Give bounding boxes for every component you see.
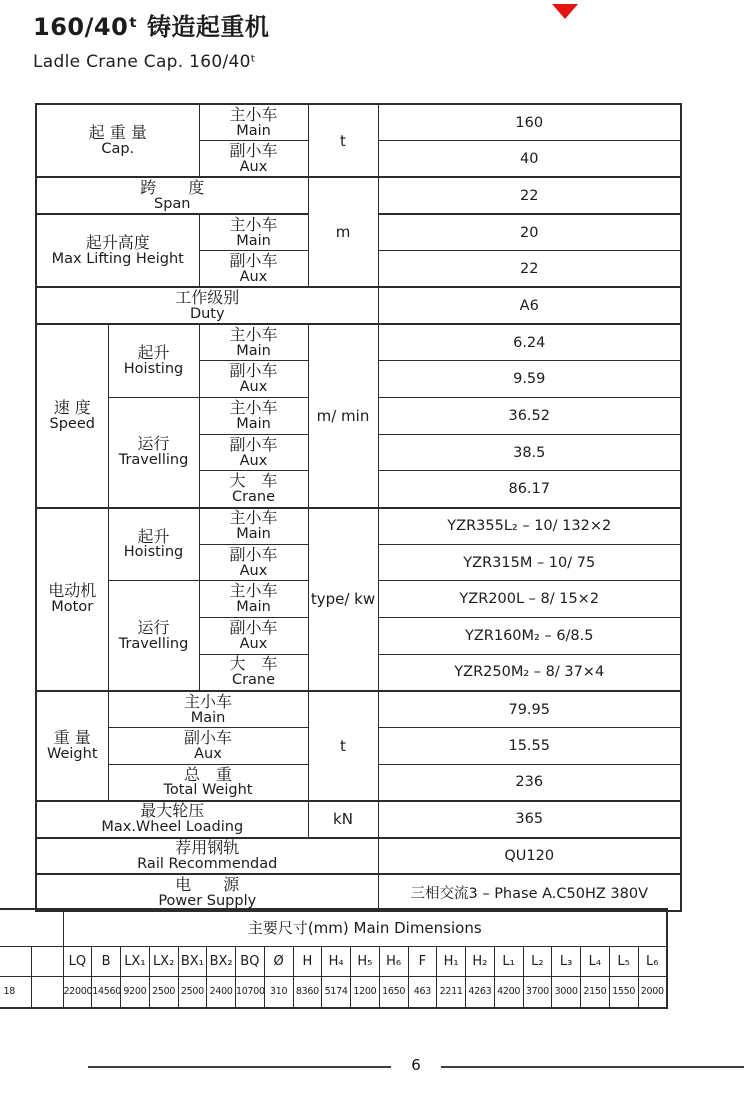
weight-main-value: 79.95 xyxy=(378,691,681,728)
duty-value: A6 xyxy=(378,287,681,324)
dim-header: H₄ xyxy=(322,946,351,976)
weight-main-label: 主小车 Main xyxy=(108,691,308,728)
dimensions-table: 主要尺寸(mm) Main Dimensions LQ B LX₁ LX₂ BX… xyxy=(0,908,668,1009)
dim-header: L₆ xyxy=(638,946,667,976)
speed-travel-aux-value: 38.5 xyxy=(378,434,681,471)
speed-crane-label: 大 车 Crane xyxy=(199,471,308,508)
rail-value: QU120 xyxy=(378,838,681,875)
dim-value: 4263 xyxy=(466,976,495,1008)
duty-label: 工作级别 Duty xyxy=(36,287,378,324)
cap-aux-label: 副小车 Aux xyxy=(199,141,308,178)
footer-rule-right xyxy=(441,1066,744,1068)
weight-aux-value: 15.55 xyxy=(378,728,681,765)
dim-value: 2150 xyxy=(581,976,610,1008)
row-power: 电 源 Power Supply 三相交流3 – Phase A.C50HZ 3… xyxy=(36,874,681,911)
cap-label-zh: 起 重 量 xyxy=(39,124,197,142)
dim-header: L₄ xyxy=(581,946,610,976)
dim-value: 1550 xyxy=(609,976,638,1008)
motor-hoist-main-label: 主小车 Main xyxy=(199,508,308,545)
dim-header: LQ xyxy=(63,946,92,976)
span-lift-unit: m xyxy=(308,177,378,287)
motor-travel-main-value: YZR200L – 8/ 15×2 xyxy=(378,581,681,618)
dim-header: L₃ xyxy=(552,946,581,976)
power-value: 三相交流3 – Phase A.C50HZ 380V xyxy=(378,874,681,911)
motor-crane-label: 大 车 Crane xyxy=(199,654,308,691)
row-rail: 荐用钢轨 Rail Recommendad QU120 xyxy=(36,838,681,875)
footer-rule-left xyxy=(88,1066,391,1068)
dim-header: LX₂ xyxy=(149,946,178,976)
dim-value: 14560 xyxy=(92,976,121,1008)
dim-value-partial: 18 xyxy=(0,976,31,1008)
speed-label: 速 度 Speed xyxy=(36,324,108,507)
dim-value: 2400 xyxy=(207,976,236,1008)
weight-label: 重 量 Weight xyxy=(36,691,108,801)
cap-main-label: 主小车 Main xyxy=(199,104,308,141)
speed-hoist-aux-label: 副小车 Aux xyxy=(199,361,308,398)
speed-travel-aux-label: 副小车 Aux xyxy=(199,434,308,471)
dim-header: H₁ xyxy=(437,946,466,976)
speed-travel-main-label: 主小车 Main xyxy=(199,398,308,435)
cap-aux-value: 40 xyxy=(378,141,681,178)
dim-value: 22000 xyxy=(63,976,92,1008)
dim-value: 310 xyxy=(264,976,293,1008)
page-footer: 6 xyxy=(88,1058,744,1076)
dimensions-header-row: LQ B LX₁ LX₂ BX₁ BX₂ BQ Ø H H₄ H₅ H₆ F H… xyxy=(0,946,667,976)
lift-main-value: 20 xyxy=(378,214,681,251)
weight-total-value: 236 xyxy=(378,764,681,801)
dim-header-partial xyxy=(0,946,31,976)
wheel-label: 最大轮压 Max.Wheel Loading xyxy=(36,801,308,838)
cap-main-value: 160 xyxy=(378,104,681,141)
span-value: 22 xyxy=(378,177,681,214)
dim-value: 3000 xyxy=(552,976,581,1008)
wheel-unit: kN xyxy=(308,801,378,838)
page-title-zh: 铸造起重机 xyxy=(147,13,270,41)
dimensions-value-row: 18 22000 14560 9200 2500 2500 2400 10700… xyxy=(0,976,667,1008)
page-title: 160/40ᵗ 铸造起重机 xyxy=(33,7,269,42)
dim-header: L₂ xyxy=(523,946,552,976)
page-subtitle: Ladle Crane Cap. 160/40ᵗ xyxy=(33,52,256,72)
dim-header: BX₂ xyxy=(207,946,236,976)
weight-total-label: 总 重 Total Weight xyxy=(108,764,308,801)
speed-hoist-aux-value: 9.59 xyxy=(378,361,681,398)
spec-table: 起 重 量 Cap. 主小车 Main t 160 副小车 Aux 40 xyxy=(35,103,682,912)
speed-hoist-main-label: 主小车 Main xyxy=(199,324,308,361)
dim-header: H₂ xyxy=(466,946,495,976)
row-speed-hoist-main: 速 度 Speed 起升 Hoisting 主小车 Main m/ min 6.… xyxy=(36,324,681,361)
dimensions-title-row: 主要尺寸(mm) Main Dimensions xyxy=(0,909,667,946)
speed-travel-main-value: 36.52 xyxy=(378,398,681,435)
motor-travel-aux-label: 副小车 Aux xyxy=(199,618,308,655)
dim-header: LX₁ xyxy=(121,946,150,976)
wheel-value: 365 xyxy=(378,801,681,838)
dim-value: 2500 xyxy=(149,976,178,1008)
dim-value: 8360 xyxy=(293,976,322,1008)
dimensions-title: 主要尺寸(mm) Main Dimensions xyxy=(63,909,667,946)
motor-hoist-main-value: YZR355L₂ – 10/ 132×2 xyxy=(378,508,681,545)
dim-header: H xyxy=(293,946,322,976)
dim-value: 5174 xyxy=(322,976,351,1008)
dimensions-blank-corner xyxy=(0,909,63,946)
dim-header: BX₁ xyxy=(178,946,207,976)
span-label: 跨 度 Span xyxy=(36,177,308,214)
dim-header: L₁ xyxy=(494,946,523,976)
dim-value: 3700 xyxy=(523,976,552,1008)
cap-label-en: Cap. xyxy=(39,142,197,158)
power-label: 电 源 Power Supply xyxy=(36,874,378,911)
motor-unit: type/ kw xyxy=(308,508,378,691)
lift-label: 起升高度 Max Lifting Height xyxy=(36,214,199,287)
row-wheel: 最大轮压 Max.Wheel Loading kN 365 xyxy=(36,801,681,838)
row-duty: 工作级别 Duty A6 xyxy=(36,287,681,324)
lift-aux-label: 副小车 Aux xyxy=(199,251,308,288)
speed-hoist-label: 起升 Hoisting xyxy=(108,324,199,397)
dim-value: 1200 xyxy=(351,976,380,1008)
dim-value: 463 xyxy=(408,976,437,1008)
dim-header: B xyxy=(92,946,121,976)
dim-value: 2500 xyxy=(178,976,207,1008)
dim-header: BQ xyxy=(236,946,265,976)
red-triangle-icon xyxy=(552,4,578,19)
motor-travel-aux-value: YZR160M₂ – 6/8.5 xyxy=(378,618,681,655)
dim-value: 2211 xyxy=(437,976,466,1008)
dim-value: 4200 xyxy=(494,976,523,1008)
speed-unit: m/ min xyxy=(308,324,378,507)
speed-travel-label: 运行 Travelling xyxy=(108,398,199,508)
motor-label: 电动机 Motor xyxy=(36,508,108,691)
cap-unit: t xyxy=(308,104,378,177)
dim-header-blank xyxy=(31,946,63,976)
dim-header: H₅ xyxy=(351,946,380,976)
catalog-page: 160/40ᵗ 铸造起重机 Ladle Crane Cap. 160/40ᵗ 起… xyxy=(0,0,750,1100)
motor-travel-main-label: 主小车 Main xyxy=(199,581,308,618)
dim-value: 1650 xyxy=(379,976,408,1008)
row-weight-main: 重 量 Weight 主小车 Main t 79.95 xyxy=(36,691,681,728)
row-span: 跨 度 Span m 22 xyxy=(36,177,681,214)
speed-hoist-main-value: 6.24 xyxy=(378,324,681,361)
speed-crane-value: 86.17 xyxy=(378,471,681,508)
weight-aux-label: 副小车 Aux xyxy=(108,728,308,765)
dim-value-blank xyxy=(31,976,63,1008)
motor-hoist-aux-value: YZR315M – 10/ 75 xyxy=(378,544,681,581)
cap-label: 起 重 量 Cap. xyxy=(36,104,199,177)
dim-header: H₆ xyxy=(379,946,408,976)
motor-travel-label: 运行 Travelling xyxy=(108,581,199,691)
motor-hoist-label: 起升 Hoisting xyxy=(108,508,199,581)
page-number: 6 xyxy=(411,1056,421,1074)
lift-aux-value: 22 xyxy=(378,251,681,288)
row-cap-main: 起 重 量 Cap. 主小车 Main t 160 xyxy=(36,104,681,141)
rail-label: 荐用钢轨 Rail Recommendad xyxy=(36,838,378,875)
motor-crane-value: YZR250M₂ – 8/ 37×4 xyxy=(378,654,681,691)
dim-header: L₅ xyxy=(609,946,638,976)
dim-value: 2000 xyxy=(638,976,667,1008)
row-motor-hoist-main: 电动机 Motor 起升 Hoisting 主小车 Main type/ kw … xyxy=(36,508,681,545)
lift-main-label: 主小车 Main xyxy=(199,214,308,251)
page-title-model: 160/40ᵗ xyxy=(33,13,138,41)
dim-header: Ø xyxy=(264,946,293,976)
dim-value: 10700 xyxy=(236,976,265,1008)
weight-unit: t xyxy=(308,691,378,801)
dim-header: F xyxy=(408,946,437,976)
motor-hoist-aux-label: 副小车 Aux xyxy=(199,544,308,581)
dim-value: 9200 xyxy=(121,976,150,1008)
